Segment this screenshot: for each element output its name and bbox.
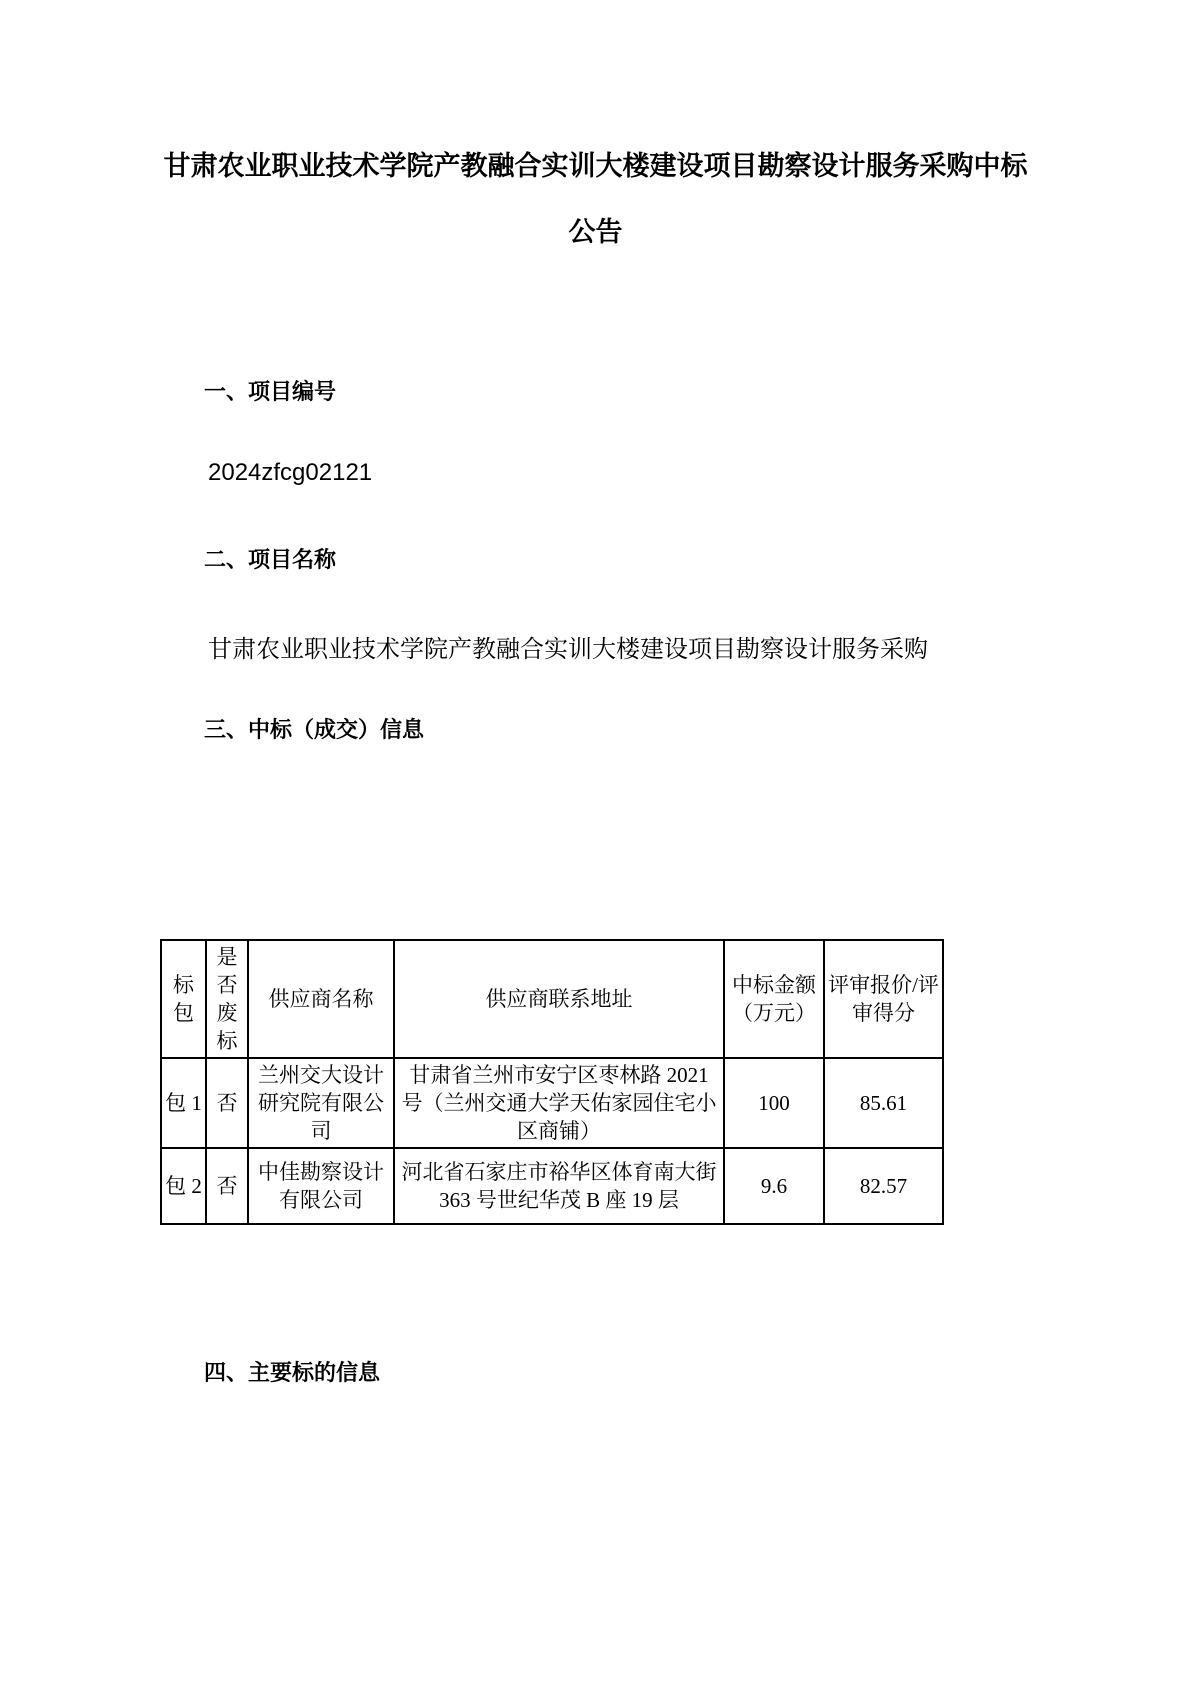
cell-package: 包 2 [161,1148,206,1224]
cell-voided: 否 [206,1148,248,1224]
award-table-row-package-2: 包 2 否 中佳勘察设计有限公司 河北省石家庄市裕华区体育南大街 363 号世纪… [161,1148,943,1224]
document-title: 甘肃农业职业技术学院产教融合实训大楼建设项目勘察设计服务采购中标公告 [160,133,1031,265]
header-cell-address: 供应商联系地址 [394,940,724,1058]
section-heading-main-subject-info: 四、主要标的信息 [160,1358,1031,1388]
section-heading-award-info: 三、中标（成交）信息 [160,715,1031,745]
cell-award-amount: 100 [724,1058,824,1148]
header-cell-package: 标包 [161,940,206,1058]
award-table-row-package-1: 包 1 否 兰州交大设计研究院有限公司 甘肃省兰州市安宁区枣林路 2021 号（… [161,1058,943,1148]
header-cell-amount: 中标金额（万元） [724,940,824,1058]
project-number-value: 2024zfcg02121 [160,457,1031,489]
cell-supplier-address: 甘肃省兰州市安宁区枣林路 2021 号（兰州交通大学天佑家园住宅小区商铺） [394,1058,724,1148]
cell-package: 包 1 [161,1058,206,1148]
section-heading-project-name: 二、项目名称 [160,545,1031,575]
document-page: 甘肃农业职业技术学院产教融合实训大楼建设项目勘察设计服务采购中标公告 一、项目编… [0,0,1191,1684]
section-heading-project-number: 一、项目编号 [160,377,1031,407]
header-cell-voided: 是否废标 [206,940,248,1058]
project-name-paragraph: 甘肃农业职业技术学院产教融合实训大楼建设项目勘察设计服务采购 [160,622,1031,678]
award-info-table: 标包 是否废标 供应商名称 供应商联系地址 中标金额（万元） 评审报价/评审得分… [160,939,944,1225]
cell-review-score: 85.61 [824,1058,943,1148]
award-table-header-row: 标包 是否废标 供应商名称 供应商联系地址 中标金额（万元） 评审报价/评审得分 [161,940,943,1058]
cell-supplier-name: 中佳勘察设计有限公司 [248,1148,394,1224]
header-cell-supplier: 供应商名称 [248,940,394,1058]
cell-supplier-address: 河北省石家庄市裕华区体育南大街 363 号世纪华茂 B 座 19 层 [394,1148,724,1224]
cell-award-amount: 9.6 [724,1148,824,1224]
header-cell-score: 评审报价/评审得分 [824,940,943,1058]
cell-supplier-name: 兰州交大设计研究院有限公司 [248,1058,394,1148]
cell-review-score: 82.57 [824,1148,943,1224]
cell-voided: 否 [206,1058,248,1148]
